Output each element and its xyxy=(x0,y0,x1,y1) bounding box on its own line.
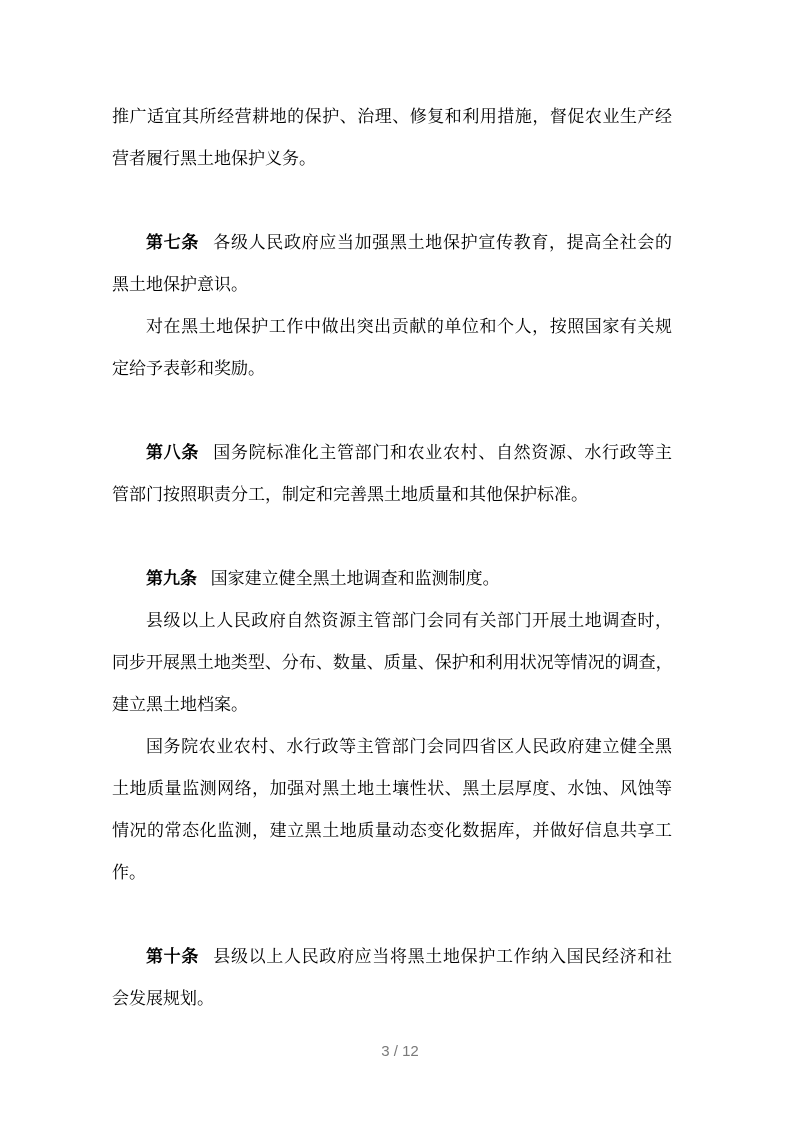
text-line: 同步开展黑土地类型、分布、数量、质量、保护和利用状况等情况的调查， xyxy=(112,642,672,684)
paragraph-continuation: 推广适宜其所经营耕地的保护、治理、修复和利用措施，督促农业生产经 营者履行黑土地… xyxy=(112,96,672,180)
text-line: 定给予表彰和奖励。 xyxy=(112,348,672,390)
article-number: 第七条 xyxy=(146,233,199,252)
article-number: 第十条 xyxy=(146,947,199,966)
text-line: 对在黑土地保护工作中做出突出贡献的单位和个人，按照国家有关规 xyxy=(112,306,672,348)
paragraph-article-9-3: 国务院农业农村、水行政等主管部门会同四省区人民政府建立健全黑 土地质量监测网络，… xyxy=(112,726,672,894)
paragraph-article-9: 第九条国家建立健全黑土地调查和监测制度。 xyxy=(112,558,672,600)
text-line: 会发展规划。 xyxy=(112,978,672,1020)
text-line: 建立黑土地档案。 xyxy=(112,684,672,726)
blank-line xyxy=(112,390,672,432)
text-segment: 各级人民政府应当加强黑土地保护宣传教育，提高全社会的 xyxy=(213,233,672,252)
text-segment: 国家建立健全黑土地调查和监测制度。 xyxy=(211,569,500,588)
text-segment: 县级以上人民政府应当将黑土地保护工作纳入国民经济和社 xyxy=(213,947,672,966)
blank-line xyxy=(112,894,672,936)
blank-line xyxy=(112,180,672,222)
paragraph-article-10: 第十条县级以上人民政府应当将黑土地保护工作纳入国民经济和社 会发展规划。 xyxy=(112,936,672,1020)
text-segment: 国务院标准化主管部门和农业农村、自然资源、水行政等主 xyxy=(213,443,672,462)
article-number: 第八条 xyxy=(146,443,199,462)
article-heading-line: 第七条各级人民政府应当加强黑土地保护宣传教育，提高全社会的 xyxy=(112,222,672,264)
paragraph-article-7: 第七条各级人民政府应当加强黑土地保护宣传教育，提高全社会的 黑土地保护意识。 xyxy=(112,222,672,306)
text-line: 营者履行黑土地保护义务。 xyxy=(112,138,672,180)
text-line: 作。 xyxy=(112,852,672,894)
text-line: 土地质量监测网络，加强对黑土地土壤性状、黑土层厚度、水蚀、风蚀等 xyxy=(112,768,672,810)
article-heading-line: 第十条县级以上人民政府应当将黑土地保护工作纳入国民经济和社 xyxy=(112,936,672,978)
text-line: 情况的常态化监测，建立黑土地质量动态变化数据库，并做好信息共享工 xyxy=(112,810,672,852)
paragraph-article-8: 第八条国务院标准化主管部门和农业农村、自然资源、水行政等主 管部门按照职责分工，… xyxy=(112,432,672,516)
article-heading-line: 第九条国家建立健全黑土地调查和监测制度。 xyxy=(112,558,672,600)
page-number: 3 / 12 xyxy=(0,1042,800,1062)
document-body: 推广适宜其所经营耕地的保护、治理、修复和利用措施，督促农业生产经 营者履行黑土地… xyxy=(112,96,672,1020)
article-number: 第九条 xyxy=(146,569,197,588)
blank-line xyxy=(112,516,672,558)
paragraph-article-7-2: 对在黑土地保护工作中做出突出贡献的单位和个人，按照国家有关规 定给予表彰和奖励。 xyxy=(112,306,672,390)
text-line: 国务院农业农村、水行政等主管部门会同四省区人民政府建立健全黑 xyxy=(112,726,672,768)
paragraph-article-9-2: 县级以上人民政府自然资源主管部门会同有关部门开展土地调查时， 同步开展黑土地类型… xyxy=(112,600,672,726)
text-line: 管部门按照职责分工，制定和完善黑土地质量和其他保护标准。 xyxy=(112,474,672,516)
document-page: { "page": { "background": "#ffffff", "te… xyxy=(0,0,800,1132)
text-line: 推广适宜其所经营耕地的保护、治理、修复和利用措施，督促农业生产经 xyxy=(112,96,672,138)
text-line: 县级以上人民政府自然资源主管部门会同有关部门开展土地调查时， xyxy=(112,600,672,642)
text-line: 黑土地保护意识。 xyxy=(112,264,672,306)
article-heading-line: 第八条国务院标准化主管部门和农业农村、自然资源、水行政等主 xyxy=(112,432,672,474)
